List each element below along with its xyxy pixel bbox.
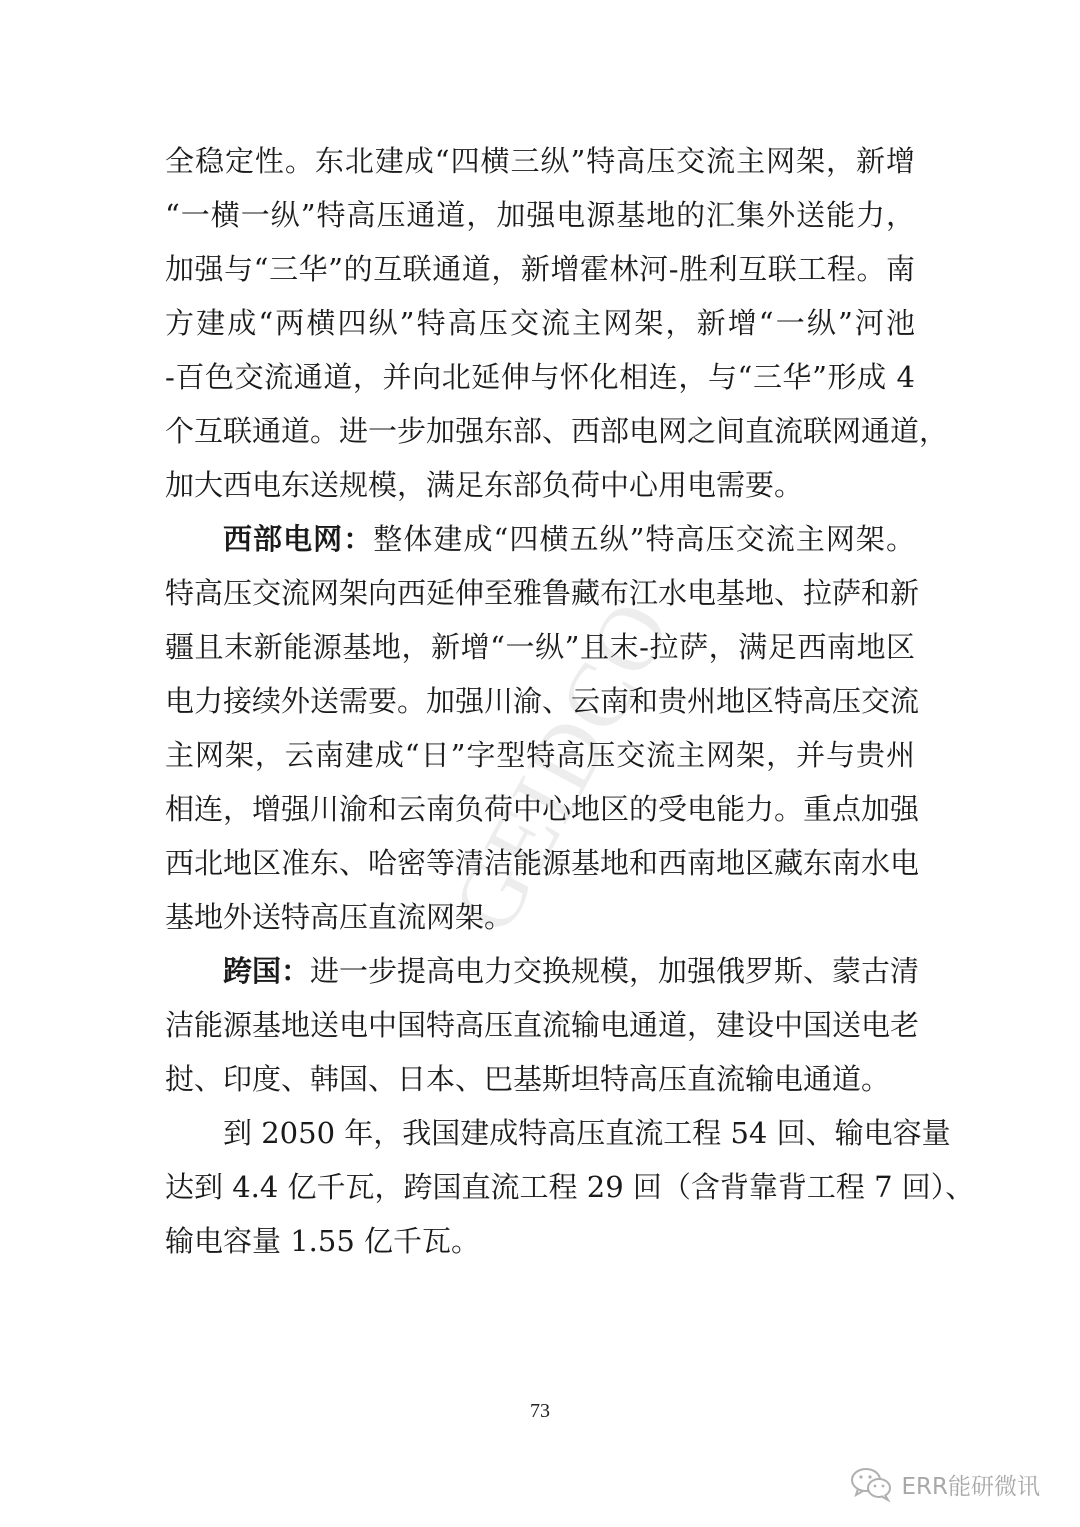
text-line: 到 2050 年，我国建成特高压直流工程 54 回、输电容量 <box>165 1106 915 1160</box>
text-line: 全稳定性。东北建成“四横三纵”特高压交流主网架，新增 <box>165 134 915 188</box>
paragraph-cross-border-first-line: 跨国：进一步提高电力交换规模，加强俄罗斯、蒙古清 <box>165 944 915 998</box>
paragraph-west-grid-first-line: 西部电网：整体建成“四横五纵”特高压交流主网架。 <box>165 512 915 566</box>
text-line: 相连，增强川渝和云南负荷中心地区的受电能力。重点加强 <box>165 782 915 836</box>
footer-brand: ERR能研微讯 <box>850 1466 1041 1502</box>
wechat-icon <box>850 1466 894 1502</box>
page-number: 73 <box>0 1400 1080 1423</box>
text-line: 输电容量 1.55 亿千瓦。 <box>165 1214 915 1268</box>
text-line: “一横一纵”特高压通道，加强电源基地的汇集外送能力， <box>165 188 915 242</box>
text-line: 挝、印度、韩国、日本、巴基斯坦特高压直流输电通道。 <box>165 1052 915 1106</box>
text-span: 整体建成“四横五纵”特高压交流主网架。 <box>373 522 915 556</box>
text-line: 方建成“两横四纵”特高压交流主网架，新增“一纵”河池 <box>165 296 915 350</box>
text-span: 进一步提高电力交换规模，加强俄罗斯、蒙古清 <box>310 954 919 988</box>
section-lead-west-grid: 西部电网： <box>223 522 373 556</box>
document-page: GEIDCO 全稳定性。东北建成“四横三纵”特高压交流主网架，新增 “一横一纵”… <box>0 0 1080 1527</box>
text-line: 疆且末新能源基地，新增“一纵”且末-拉萨，满足西南地区 <box>165 620 915 674</box>
text-line: 西北地区准东、哈密等清洁能源基地和西南地区藏东南水电 <box>165 836 915 890</box>
section-lead-cross-border: 跨国： <box>223 954 310 988</box>
text-line: 个互联通道。进一步加强东部、西部电网之间直流联网通道， <box>165 404 915 458</box>
text-line: 基地外送特高压直流网架。 <box>165 890 915 944</box>
text-line: 电力接续外送需要。加强川渝、云南和贵州地区特高压交流 <box>165 674 915 728</box>
text-line: -百色交流通道，并向北延伸与怀化相连，与“三华”形成 4 <box>165 350 915 404</box>
text-line: 洁能源基地送电中国特高压直流输电通道，建设中国送电老 <box>165 998 915 1052</box>
text-line: 主网架，云南建成“日”字型特高压交流主网架，并与贵州 <box>165 728 915 782</box>
text-line: 加强与“三华”的互联通道，新增霍林河-胜利互联工程。南 <box>165 242 915 296</box>
text-line: 加大西电东送规模，满足东部负荷中心用电需要。 <box>165 458 915 512</box>
text-line: 达到 4.4 亿千瓦，跨国直流工程 29 回（含背靠背工程 7 回）、 <box>165 1160 915 1214</box>
brand-label: ERR能研微讯 <box>902 1468 1041 1501</box>
body-text: 全稳定性。东北建成“四横三纵”特高压交流主网架，新增 “一横一纵”特高压通道，加… <box>165 134 915 1268</box>
text-line: 特高压交流网架向西延伸至雅鲁藏布江水电基地、拉萨和新 <box>165 566 915 620</box>
